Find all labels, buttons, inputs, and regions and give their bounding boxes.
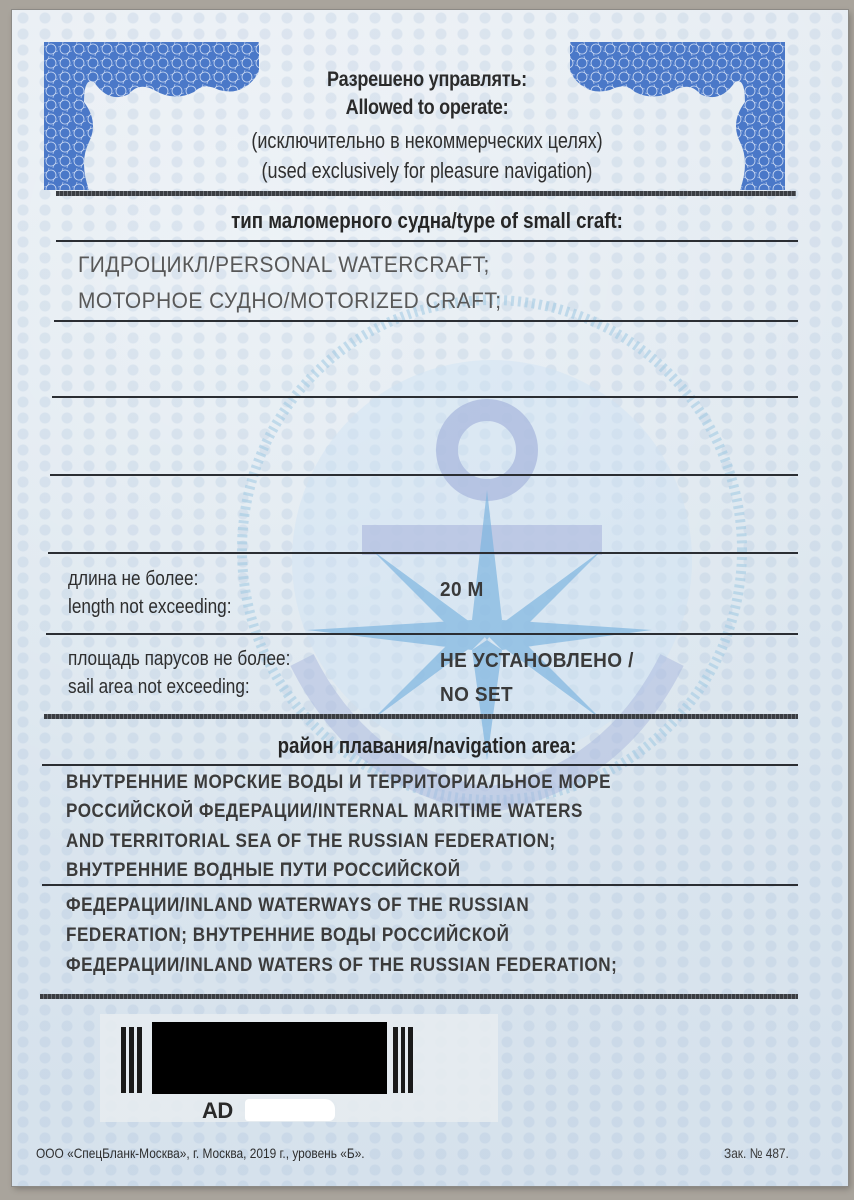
navigation-area-heading: район плавания/navigation area: [64,733,790,759]
length-value: 20 М [440,579,484,602]
navigation-area-line: ВНУТРЕННИЕ ВОДНЫЕ ПУТИ РОССИЙСКОЙ [66,860,461,882]
navigation-area-line: РОССИЙСКОЙ ФЕДЕРАЦИИ/INTERNAL MARITIME W… [66,801,583,823]
printer-imprint: ООО «СпецБланк-Москва», г. Москва, 2019 … [36,1145,365,1161]
serial-number-prefix: AD [202,1098,233,1124]
sail-area-value-en: NO SET [440,684,513,707]
craft-type-entry: МОТОРНОЕ СУДНО/MOTORIZED CRAFT; [78,288,502,314]
navigation-area-line: ВНУТРЕННИЕ МОРСКИЕ ВОДЫ И ТЕРРИТОРИАЛЬНО… [66,772,611,794]
navigation-area-line: ФЕДЕРАЦИИ/INLAND WATERWAYS OF THE RUSSIA… [66,895,529,917]
divider [42,764,798,766]
blank-line [50,474,798,476]
title-ru: Разрешено управлять: [60,68,794,92]
navigation-area-line: FEDERATION; ВНУТРЕННИЕ ВОДЫ РОССИЙСКОЙ [66,925,509,947]
barcode-guard-left-icon [121,1027,142,1093]
divider-thick [40,994,798,999]
order-number: Зак. № 487. [724,1145,789,1161]
sail-area-label-en: sail area not exceeding: [68,676,250,699]
divider-thick [56,191,796,196]
length-label-en: length not exceeding: [68,596,232,619]
divider [46,633,798,635]
barcode-guard-right-icon [393,1027,413,1093]
length-label-ru: длина не более: [68,568,198,591]
divider [42,884,798,886]
subtitle-ru: (исключительно в некоммерческих целях) [77,128,777,154]
title-en: Allowed to operate: [60,96,794,120]
serial-number-redaction [245,1099,335,1121]
divider [54,320,798,322]
sail-area-label-ru: площадь парусов не более: [68,648,290,671]
craft-type-entry: ГИДРОЦИКЛ/PERSONAL WATERCRAFT; [78,252,490,278]
navigation-area-line: ФЕДЕРАЦИИ/INLAND WATERS OF THE RUSSIAN F… [66,955,617,977]
divider [56,240,798,242]
craft-type-heading: тип маломерного судна/type of small craf… [64,208,790,234]
barcode-redaction [152,1022,387,1094]
navigation-area-line: AND TERRITORIAL SEA OF THE RUSSIAN FEDER… [66,831,556,853]
sail-area-value-ru: НЕ УСТАНОВЛЕНО / [440,650,634,673]
divider [48,552,798,554]
divider-thick [44,714,798,719]
subtitle-en: (used exclusively for pleasure navigatio… [77,158,777,184]
blank-line [52,396,798,398]
